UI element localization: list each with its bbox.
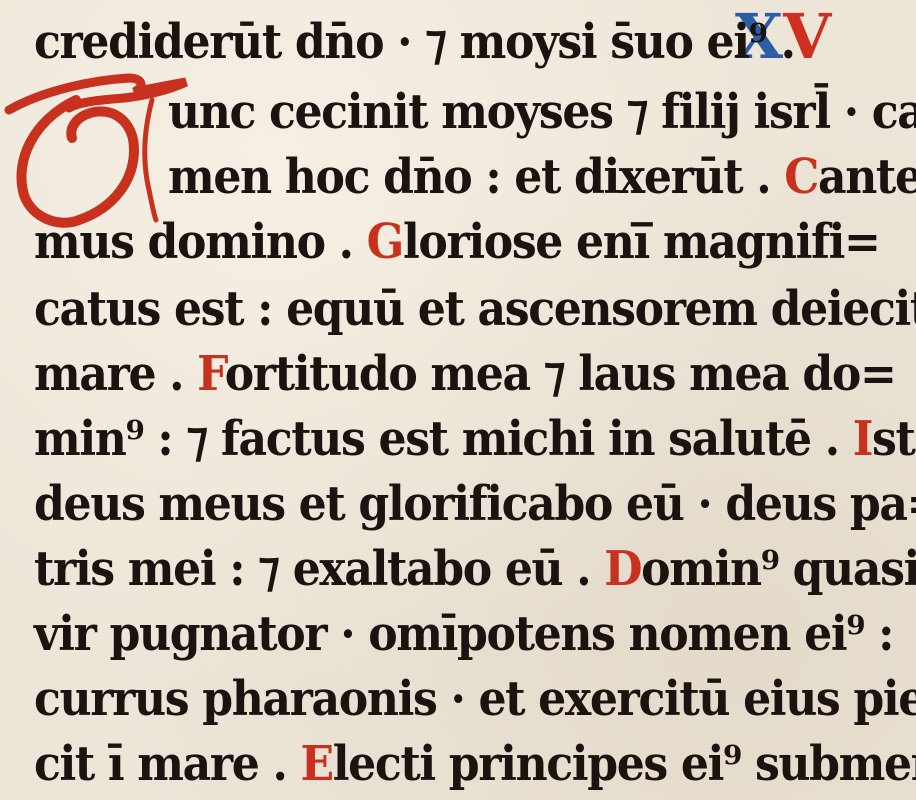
text-line-1: crediderūt dn̄o · ⁊ moysi s̄uo ei⁹ .: [34, 18, 795, 66]
text-line-2: unc cecinit moyses ⁊ filij isrl̄ · car=: [168, 88, 916, 136]
line-text: deus meus et glorificabo eū · deus pa=: [34, 476, 916, 532]
text-line-3: men hoc dn̄o : et dixerūt . Cantе=: [168, 153, 916, 201]
text-line-7: min⁹ : ⁊ factus est michi in salutē . Is…: [34, 415, 916, 463]
text-line-6: mare . Fortitudo mea ⁊ laus mea do=: [34, 350, 896, 398]
text-line-12: cit ī mare . Electi principes ei⁹ submer…: [34, 740, 916, 788]
rubric-initial: F: [197, 346, 225, 402]
line-text: vir pugnator · omīpotens nomen ei⁹ :: [34, 606, 893, 662]
drop-cap-t-icon: [4, 70, 194, 230]
text-line-10: vir pugnator · omīpotens nomen ei⁹ :: [34, 610, 893, 658]
rubric-initial: D: [604, 541, 641, 597]
rubric-initial: G: [367, 214, 403, 270]
line-text: mus domino .: [34, 214, 367, 270]
line-text: min⁹ : ⁊ factus est michi in salutē .: [34, 411, 853, 467]
text-line-9: tris mei : ⁊ exaltabo eū . Domin⁹ quasi: [34, 545, 916, 593]
line-text-after: omin⁹ quasi: [641, 541, 916, 597]
line-text: crediderūt dn̄o · ⁊ moysi s̄uo ei⁹ .: [34, 14, 795, 70]
line-text: men hoc dn̄o : et dixerūt .: [168, 149, 784, 205]
line-text-after: ste: [872, 411, 916, 467]
bible-page: XV crediderūt dn̄o · ⁊ moysi s̄uo ei⁹ . …: [0, 0, 916, 800]
line-text: catus est : equū et ascensorem deiecit i…: [34, 281, 916, 337]
rubric-initial: C: [784, 149, 818, 205]
line-text: tris mei : ⁊ exaltabo eū .: [34, 541, 604, 597]
line-text-after: antе=: [818, 149, 916, 205]
line-text: currus pharaonis · et exercitū eius pie=: [34, 671, 916, 727]
line-text-after: ortitudo mea ⁊ laus mea do=: [225, 346, 896, 402]
rubric-initial: E: [300, 736, 332, 792]
line-text: unc cecinit moyses ⁊ filij isrl̄ · car=: [168, 84, 916, 140]
line-text: cit ī mare .: [34, 736, 300, 792]
rubric-initial: I: [853, 411, 872, 467]
text-line-8: deus meus et glorificabo eū · deus pa=: [34, 480, 916, 528]
line-text-after: loriose eni̅ magnifi=: [403, 214, 880, 270]
text-line-4: mus domino . Gloriose eni̅ magnifi=: [34, 218, 880, 266]
text-line-11: currus pharaonis · et exercitū eius pie=: [34, 675, 916, 723]
line-text: mare .: [34, 346, 197, 402]
line-text-after: lecti principes ei⁹ submer=: [333, 736, 916, 792]
text-line-5: catus est : equū et ascensorem deiecit i…: [34, 285, 916, 333]
